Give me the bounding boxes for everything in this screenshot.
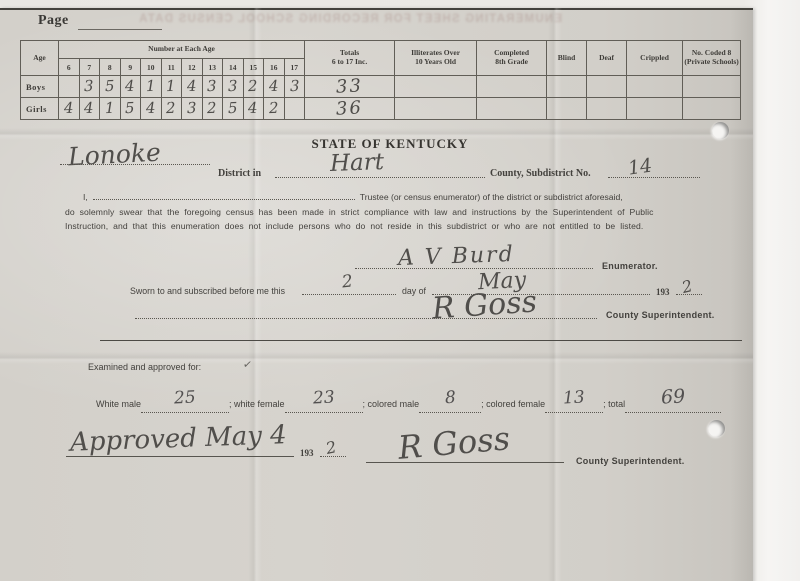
sworn-day-blank <box>302 294 396 295</box>
girls-age-11: 2 <box>166 100 176 115</box>
county-subdistrict-label: County, Subdistrict No. <box>490 168 591 179</box>
punch-hole-bottom <box>708 420 725 437</box>
age-col-8: 8 <box>100 59 121 76</box>
col-header-totals: Totals 6 to 17 Inc. <box>305 41 395 76</box>
col-header-deaf: Deaf <box>587 41 627 76</box>
boys-age-15: 2 <box>248 78 258 93</box>
girls-total: 36 <box>336 97 364 119</box>
check-mark: ✓ <box>242 357 253 371</box>
girls-age-10: 4 <box>146 100 156 115</box>
girls-age-9: 5 <box>125 100 135 115</box>
superintendent-label: County Superintendent. <box>606 310 715 320</box>
girls-completed-empty <box>477 98 547 120</box>
tally-line: White male25; white female23; colored ma… <box>96 390 721 413</box>
boys-total: 33 <box>336 75 364 97</box>
bleedthrough-title: ENUMERATING SHEET FOR RECORDING SCHOOL C… <box>70 13 630 25</box>
sworn-label: Sworn to and subscribed before me this <box>130 286 285 296</box>
girls-age-12: 3 <box>187 100 197 115</box>
boys-age-13: 3 <box>207 78 217 93</box>
boys-age-16: 4 <box>269 78 279 93</box>
girls-crippled-empty <box>627 98 683 120</box>
age-col-14: 14 <box>223 59 244 76</box>
total-blank: 69 <box>625 390 721 413</box>
boys-age-14: 3 <box>228 78 238 93</box>
girls-age-15: 4 <box>248 100 258 115</box>
colored-female-blank: 13 <box>545 392 603 413</box>
superintendent-signature: R Goss <box>431 284 538 326</box>
col-header-number-at-each-age: Number at Each Age <box>59 41 305 59</box>
row-label-boys: Boys <box>21 76 59 98</box>
punch-hole-top <box>712 122 729 139</box>
approval-superintendent-label: County Superintendent. <box>576 456 685 466</box>
girls-age-8: 1 <box>105 100 115 115</box>
county-blank-line <box>275 177 485 178</box>
boys-age-7: 3 <box>84 78 94 93</box>
county-name-handwritten: Hart <box>330 149 385 177</box>
girls-age-7: 4 <box>84 100 94 115</box>
col-header-completed-8th: Completed 8th Grade <box>477 41 547 76</box>
examined-approved-label: Examined and approved for: <box>88 362 201 372</box>
age-col-12: 12 <box>182 59 203 76</box>
age-col-16: 16 <box>264 59 285 76</box>
age-col-13: 13 <box>202 59 223 76</box>
col-header-illiterates: Illiterates Over 10 Years Old <box>395 41 477 76</box>
superintendent-signature-line <box>135 318 597 319</box>
age-col-10: 10 <box>141 59 162 76</box>
colored-female-label: ; colored female <box>481 399 545 409</box>
district-blank-line <box>60 164 210 165</box>
girls-age-16: 2 <box>269 100 279 115</box>
district-name-handwritten: Lonoke <box>67 138 161 172</box>
approval-signature-line <box>366 462 564 463</box>
table-row-boys: Boys 3 5 4 1 1 4 3 3 2 4 3 33 <box>21 76 741 98</box>
oath-line1-text: Trustee (or census enumerator) of the di… <box>360 192 623 202</box>
age-col-7: 7 <box>79 59 100 76</box>
oath-paragraph: I, Trustee (or census enumerator) of the… <box>65 192 743 231</box>
boys-blind-empty <box>547 76 587 98</box>
white-female-value: 23 <box>312 387 335 408</box>
section-divider-line <box>100 340 742 341</box>
trustee-name-blank <box>93 199 355 200</box>
age-col-11: 11 <box>161 59 182 76</box>
oath-line3-text: Instruction, and that this enumeration d… <box>65 221 743 231</box>
white-female-label: ; white female <box>229 399 285 409</box>
oath-i-label: I, <box>65 192 88 202</box>
col-header-age: Age <box>21 41 59 76</box>
district-in-label: District in <box>218 168 261 179</box>
boys-age-12: 4 <box>187 78 197 93</box>
page-label: Page <box>38 13 69 29</box>
subdistrict-number-handwritten: 14 <box>627 154 654 179</box>
boys-age-10: 1 <box>146 78 156 93</box>
page-number-blank <box>78 29 162 30</box>
sworn-year-prefix: 193 <box>656 287 670 297</box>
boys-crippled-empty <box>627 76 683 98</box>
white-female-blank: 23 <box>285 392 363 413</box>
sworn-day-handwritten: 2 <box>341 271 354 292</box>
colored-male-label: ; colored male <box>363 399 420 409</box>
approved-year-blank <box>320 456 346 457</box>
colored-male-blank: 8 <box>419 392 481 413</box>
colored-female-value: 13 <box>563 387 586 408</box>
girls-age-14: 5 <box>228 100 238 115</box>
age-col-15: 15 <box>243 59 264 76</box>
boys-age-11: 1 <box>166 78 176 93</box>
age-col-17: 17 <box>284 59 305 76</box>
girls-age-13: 2 <box>207 100 217 115</box>
col-header-no-coded: No. Coded 8 (Private Schools) <box>683 41 741 76</box>
enumerator-signature-line <box>355 268 593 269</box>
table-row-girls: Girls 4 4 1 5 4 2 3 2 5 4 2 36 <box>21 98 741 120</box>
age-col-6: 6 <box>59 59 80 76</box>
total-label: ; total <box>603 399 625 409</box>
total-value: 69 <box>660 385 685 408</box>
boys-age-17: 3 <box>289 78 299 93</box>
col-header-blind: Blind <box>547 41 587 76</box>
boys-age-9: 4 <box>125 78 135 93</box>
boys-age-8: 5 <box>105 78 115 93</box>
girls-coded-empty <box>683 98 741 120</box>
age-col-9: 9 <box>120 59 141 76</box>
white-male-value: 25 <box>174 387 197 408</box>
colored-male-value: 8 <box>444 388 456 409</box>
oath-line2-text: do solemnly swear that the foregoing cen… <box>65 207 743 217</box>
day-of-label: day of <box>402 286 426 296</box>
boys-illiterates-empty <box>395 76 477 98</box>
sworn-year-blank <box>676 294 702 295</box>
girls-age-6: 4 <box>64 100 74 115</box>
girls-blind-empty <box>547 98 587 120</box>
boys-deaf-empty <box>587 76 627 98</box>
enumerator-label: Enumerator. <box>602 261 658 271</box>
approved-line <box>66 456 294 457</box>
col-header-crippled: Crippled <box>627 41 683 76</box>
white-male-blank: 25 <box>141 392 229 413</box>
state-heading: STATE OF KENTUCKY <box>240 136 540 152</box>
girls-deaf-empty <box>587 98 627 120</box>
girls-illiterates-empty <box>395 98 477 120</box>
census-age-table: Age Number at Each Age Totals 6 to 17 In… <box>20 40 741 120</box>
row-label-girls: Girls <box>21 98 59 120</box>
boys-coded-empty <box>683 76 741 98</box>
subdistrict-blank-line <box>608 177 700 178</box>
white-male-label: White male <box>96 399 141 409</box>
enumerator-signature: A V Burd <box>398 242 516 271</box>
approved-year-prefix: 193 <box>300 448 314 458</box>
boys-completed-empty <box>477 76 547 98</box>
